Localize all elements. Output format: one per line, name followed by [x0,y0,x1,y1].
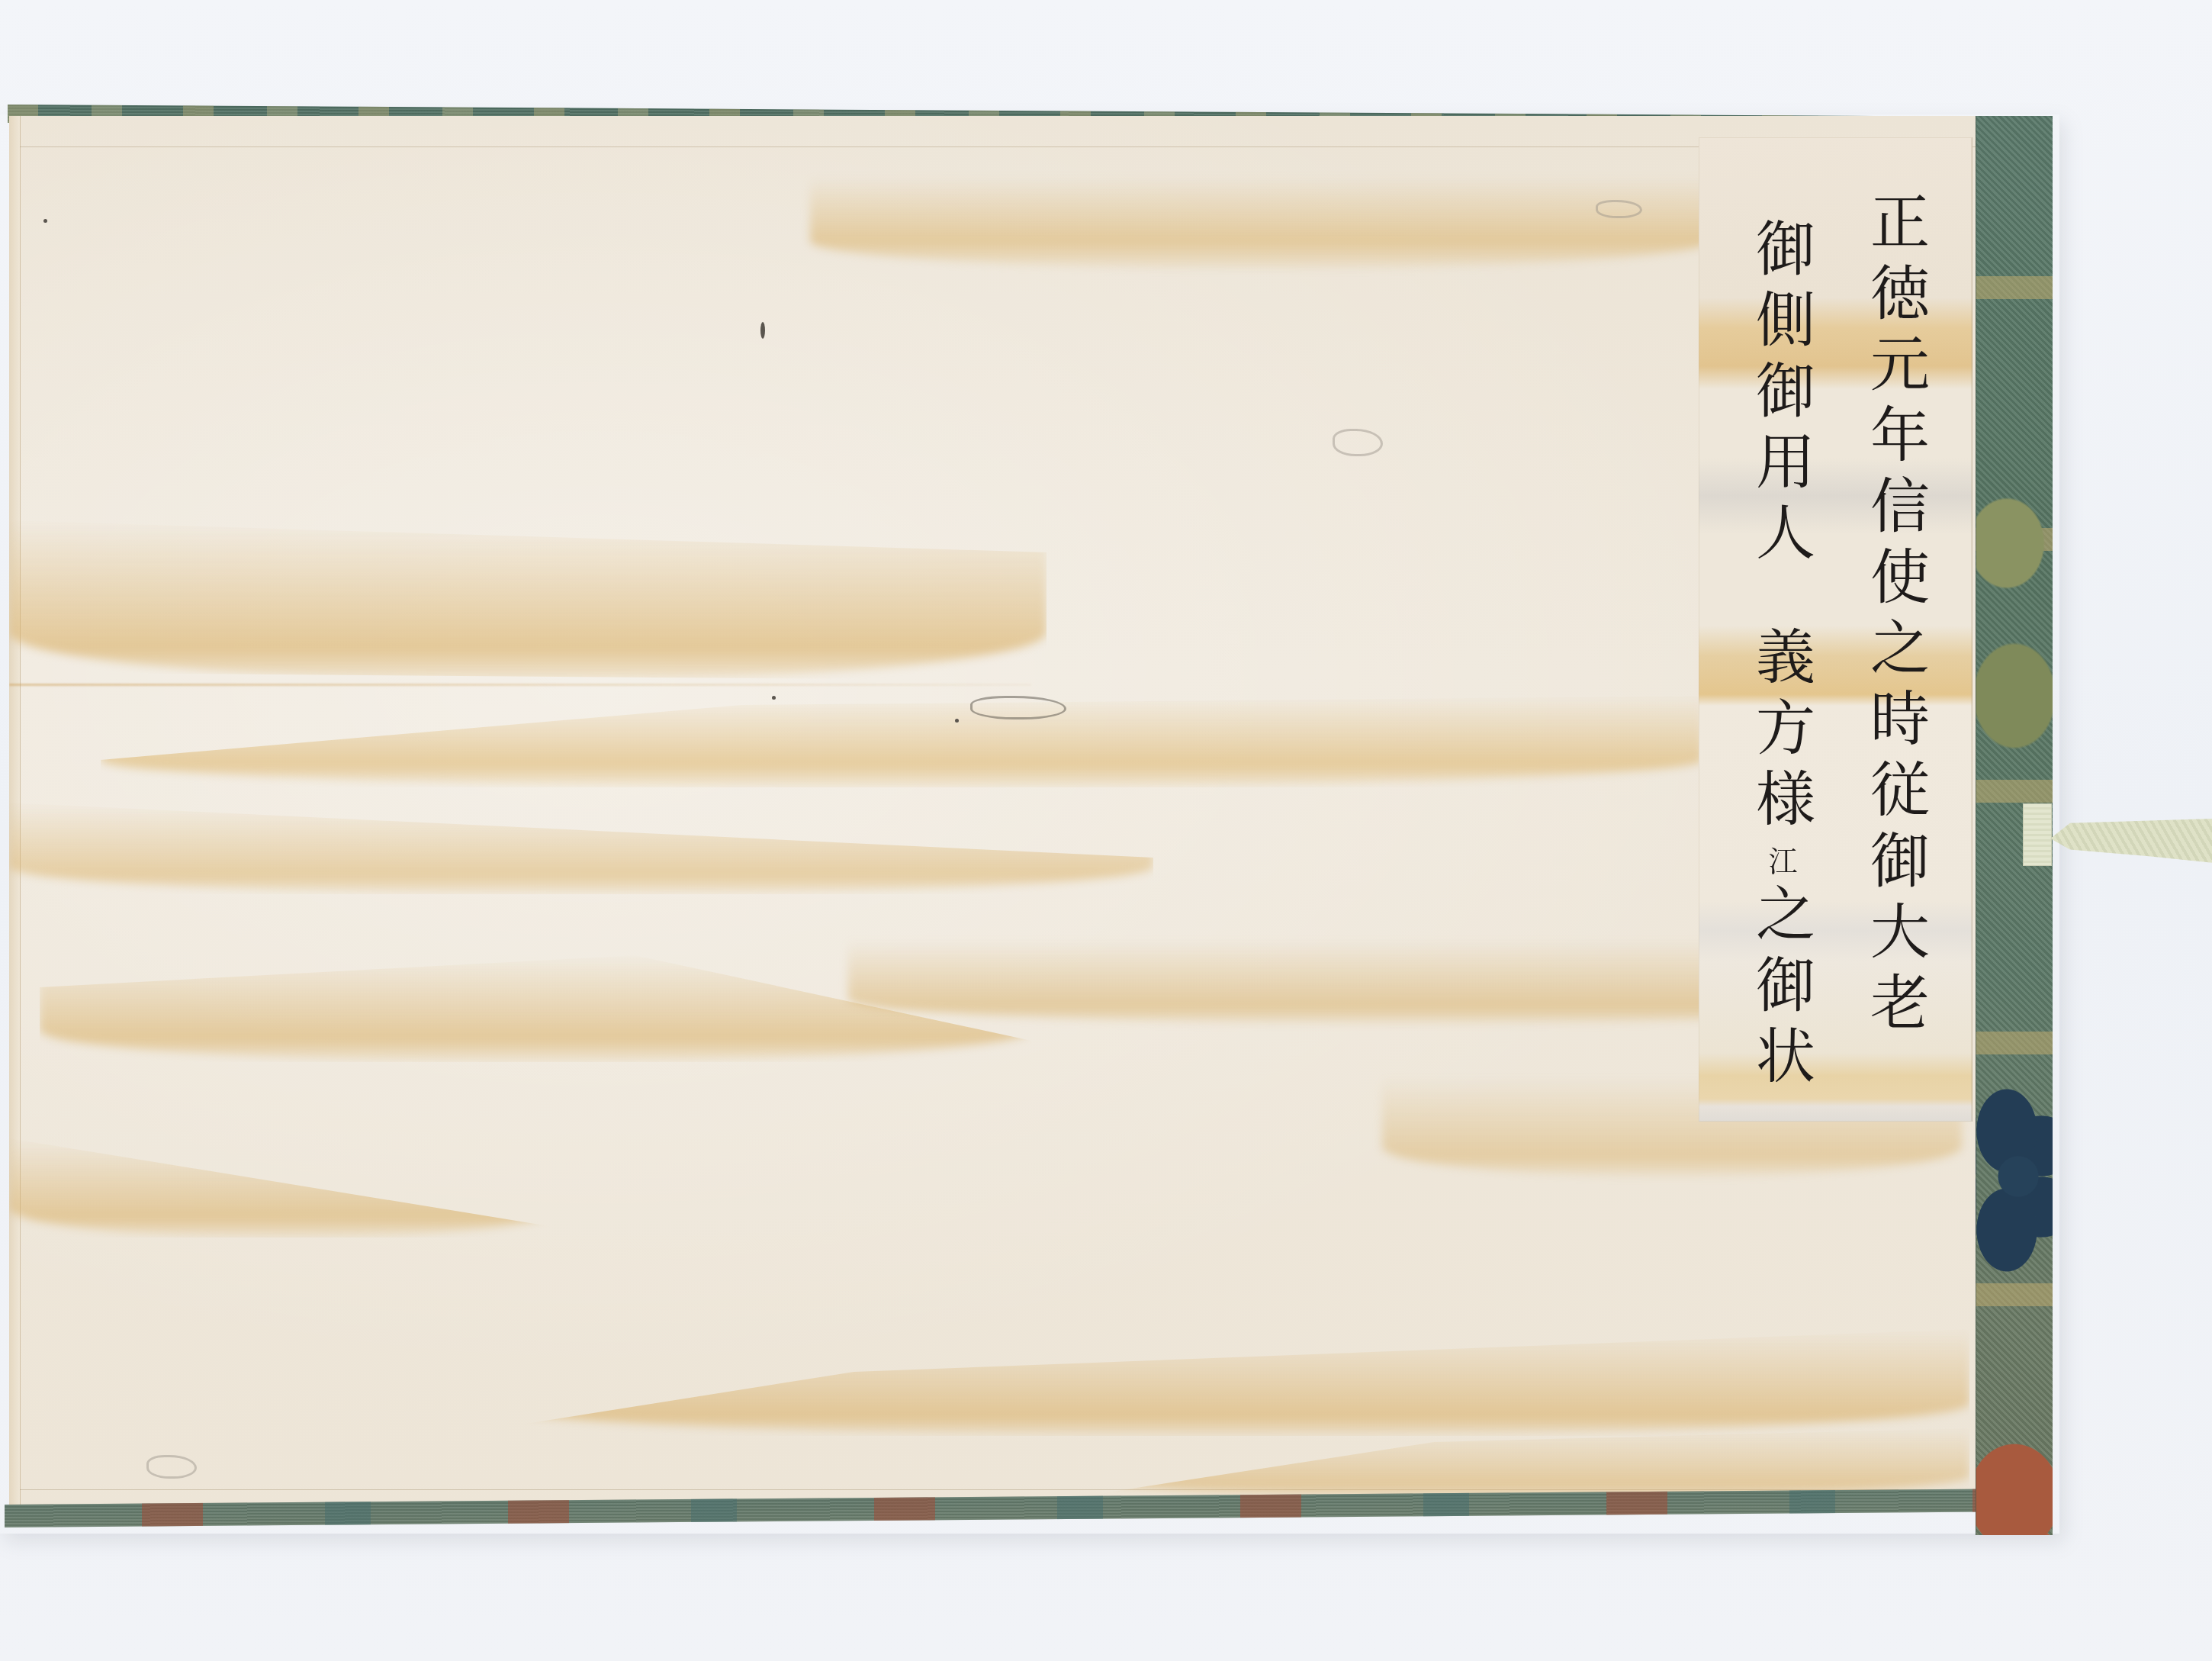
title-left-part2: 義方様 [1746,626,1815,839]
album-cover-paper [9,116,1976,1509]
ink-speck [955,719,959,723]
title-column-right: 正徳元年信使之時従御大老 [1865,191,1924,1042]
ink-speck [760,322,765,339]
title-column-left: 御側御用人義方様江之御状 [1751,217,1810,1096]
title-left-part1: 御側御用人 [1746,217,1815,572]
ribbon-tie[interactable] [2050,819,2212,863]
ink-speck [772,696,776,700]
gold-cloud-streak [9,520,1047,681]
gold-cloud-streak [482,1329,1969,1436]
gold-cloud-streak [9,803,1153,894]
gold-cloud-streak [9,1138,558,1238]
water-stain [1596,200,1642,218]
title-left-part3: 之御状 [1746,883,1815,1096]
title-small-char: 江 [1766,846,1795,875]
water-stain [970,696,1066,719]
title-label: 正徳元年信使之時従御大老 御側御用人義方様江之御状 [1699,137,1972,1122]
ribbon-loop [2023,803,2052,866]
ink-speck [43,219,47,223]
water-stain [146,1455,197,1479]
gold-cloud-streak [810,177,1710,269]
gold-streak-line [9,684,1031,686]
top-rule-line [20,146,1976,147]
gold-cloud-streak [101,696,1702,787]
gold-cloud-streak [1077,1428,1969,1497]
water-stain [1333,429,1383,456]
